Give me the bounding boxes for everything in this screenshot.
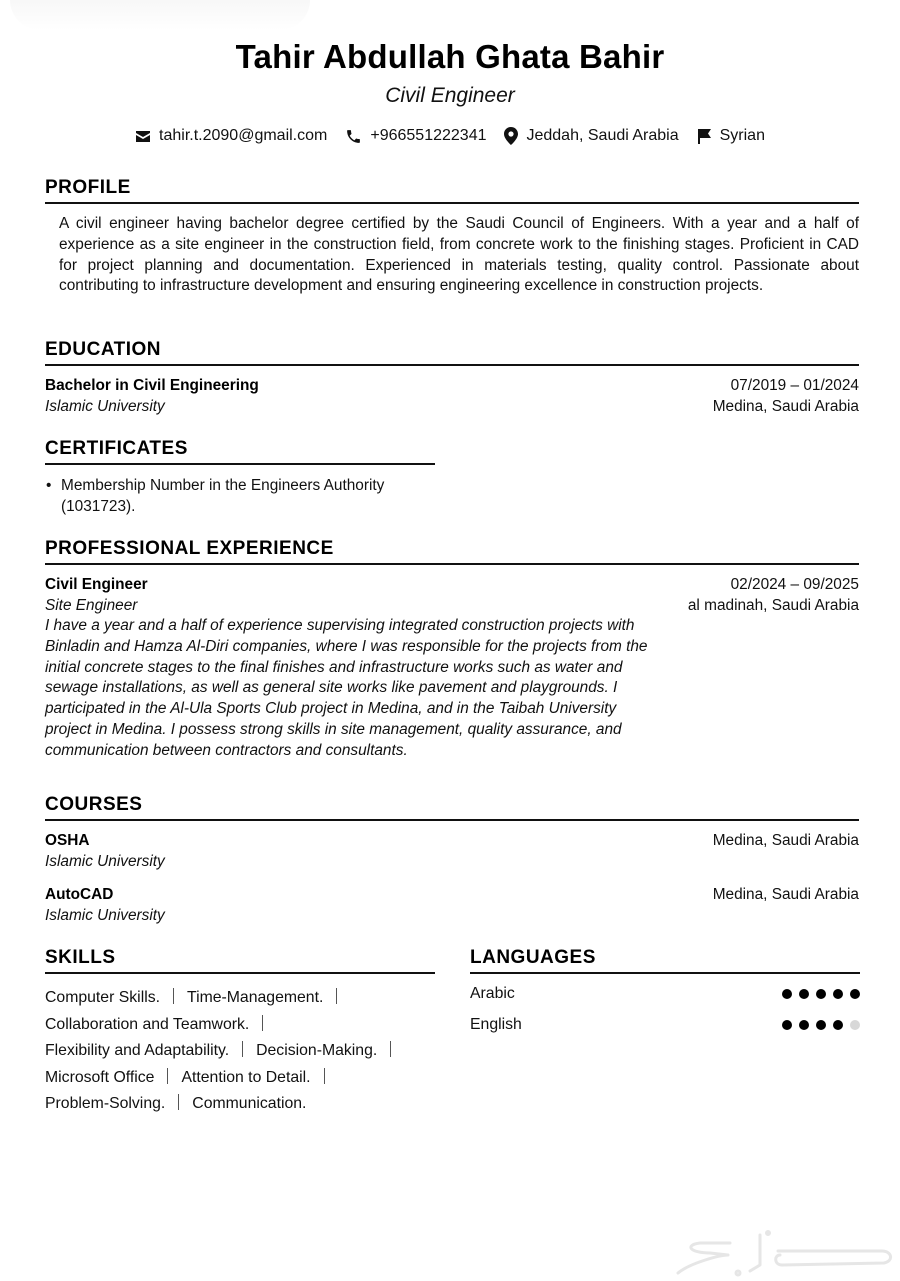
experience-role: Civil Engineer [45,574,148,595]
nationality-text: Syrian [720,127,765,145]
resume-header: Tahir Abdullah Ghata Bahir Civil Enginee… [0,36,900,110]
skill-separator [324,1068,325,1084]
skill-item: Attention to Detail. [181,1069,310,1086]
skills-line: Flexibility and Adaptability.Decision-Ma… [45,1038,440,1065]
section-heading-courses: COURSES [45,793,859,821]
skill-separator [173,988,174,1004]
skills-list: Computer Skills.Time-Management.Collabor… [45,985,440,1118]
skills-line: Collaboration and Teamwork. [45,1012,440,1039]
language-name: Arabic [470,985,515,1002]
course-entry: AutoCAD Islamic University Medina, Saudi… [45,884,859,928]
education-institution: Islamic University [45,396,259,417]
course-location: Medina, Saudi Arabia [713,830,859,851]
skill-separator [178,1094,179,1110]
rating-dot-filled [782,989,792,999]
section-heading-languages: LANGUAGES [470,946,860,974]
skill-item: Computer Skills. [45,989,160,1006]
haraj-watermark-logo [670,1225,900,1281]
skills-line: Microsoft OfficeAttention to Detail. [45,1065,440,1092]
language-item: English [470,1014,860,1036]
contact-phone[interactable]: +966551222341 [345,127,486,145]
education-entry: Bachelor in Civil Engineering Islamic Un… [45,375,859,419]
skill-item: Problem-Solving. [45,1095,165,1112]
section-heading-profile: PROFILE [45,176,859,204]
rating-dot-filled [850,989,860,999]
contact-bar: tahir.t.2090@gmail.com +966551222341 Jed… [0,127,900,145]
language-name: English [470,1016,522,1033]
section-heading-certificates: CERTIFICATES [45,437,435,465]
location-pin-icon [504,127,518,145]
course-institution: Islamic University [45,905,165,926]
rating-dot-filled [833,989,843,999]
course-name: OSHA [45,830,165,851]
skill-separator [390,1041,391,1057]
contact-email[interactable]: tahir.t.2090@gmail.com [135,127,327,145]
experience-location: al madinah, Saudi Arabia [688,595,859,616]
envelope-icon [135,130,151,143]
language-item: Arabic [470,983,860,1005]
rating-dot-filled [799,989,809,999]
education-location: Medina, Saudi Arabia [713,396,859,417]
experience-subtitle: Site Engineer [45,595,148,616]
section-heading-education: EDUCATION [45,338,859,366]
location-text: Jeddah, Saudi Arabia [526,127,678,145]
education-dates: 07/2019 – 01/2024 [713,375,859,396]
experience-entry: Civil Engineer Site Engineer 02/2024 – 0… [45,574,859,618]
language-level-rating [782,1020,860,1030]
contact-nationality: Syrian [697,127,765,145]
rating-dot-filled [833,1020,843,1030]
section-heading-skills: SKILLS [45,946,435,974]
candidate-name: Tahir Abdullah Ghata Bahir [0,36,900,78]
skill-item: Flexibility and Adaptability. [45,1042,229,1059]
skill-item: Time-Management. [187,989,323,1006]
experience-dates: 02/2024 – 09/2025 [688,574,859,595]
course-institution: Islamic University [45,851,165,872]
skill-separator [262,1015,263,1031]
skills-line: Computer Skills.Time-Management. [45,985,440,1012]
language-level-rating [782,989,860,999]
flag-icon [697,128,712,144]
rating-dot-filled [816,989,826,999]
contact-location: Jeddah, Saudi Arabia [504,127,678,145]
skill-item: Microsoft Office [45,1069,154,1086]
skill-separator [167,1068,168,1084]
skills-line: Problem-Solving.Communication. [45,1091,440,1118]
scan-smudge [10,0,310,30]
course-name: AutoCAD [45,884,165,905]
email-text: tahir.t.2090@gmail.com [159,127,327,145]
skill-separator [242,1041,243,1057]
profile-summary: A civil engineer having bachelor degree … [59,214,859,297]
rating-dot-filled [816,1020,826,1030]
candidate-title: Civil Engineer [0,82,900,110]
skill-separator [336,988,337,1004]
education-degree: Bachelor in Civil Engineering [45,375,259,396]
skill-item: Collaboration and Teamwork. [45,1016,249,1033]
experience-description: I have a year and a half of experience s… [45,616,655,762]
rating-dot-empty [850,1020,860,1030]
certificate-item: Membership Number in the Engineers Autho… [45,475,435,517]
phone-text: +966551222341 [370,127,486,145]
course-location: Medina, Saudi Arabia [713,884,859,905]
skill-item: Communication. [192,1095,306,1112]
rating-dot-filled [782,1020,792,1030]
phone-icon [345,128,362,145]
skill-item: Decision-Making. [256,1042,377,1059]
rating-dot-filled [799,1020,809,1030]
resume-page: Tahir Abdullah Ghata Bahir Civil Enginee… [0,0,900,1281]
section-heading-experience: PROFESSIONAL EXPERIENCE [45,537,859,565]
course-entry: OSHA Islamic University Medina, Saudi Ar… [45,830,859,874]
